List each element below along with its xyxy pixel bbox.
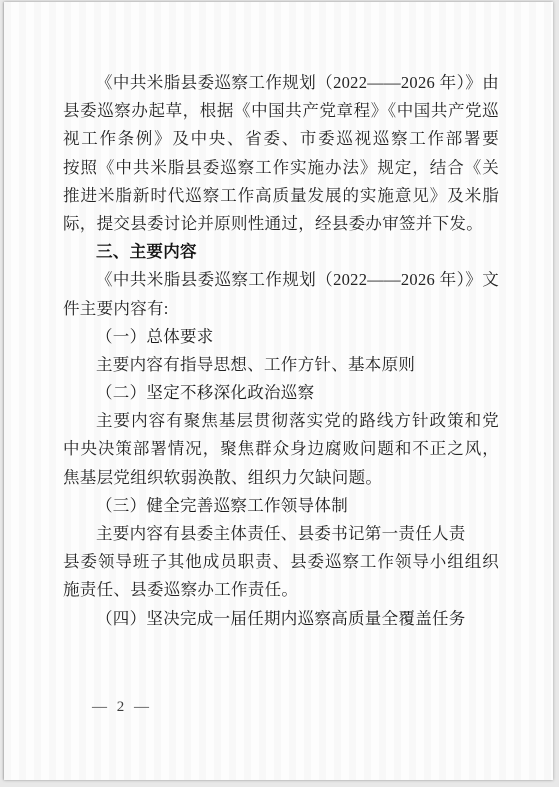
- document-line: （三）健全完善巡察工作领导体制: [63, 492, 499, 520]
- document-line: 《中共米脂县委巡察工作规划（2022——2026 年）》由: [63, 69, 499, 97]
- document-line: （一）总体要求: [63, 323, 499, 351]
- document-line: 视工作条例》及中央、省委、市委巡视巡察工作部署要求，: [63, 125, 499, 153]
- document-line: （二）坚定不移深化政治巡察: [63, 379, 499, 407]
- page-number: — 2 —: [92, 699, 152, 716]
- document-line: （四）坚决完成一届任期内巡察高质量全覆盖任务: [63, 605, 499, 633]
- document-line: 县委巡察办起草，根据《中国共产党章程》《中国共产党巡: [63, 97, 499, 125]
- document-line: 推进米脂新时代巡察工作高质量发展的实施意见》及米脂实: [63, 182, 499, 210]
- document-body: 《中共米脂县委巡察工作规划（2022——2026 年）》由县委巡察办起草，根据《…: [63, 69, 499, 633]
- document-line: 主要内容有聚焦基层贯彻落实党的路线方针政策和党: [63, 407, 499, 435]
- document-line: 三、主要内容: [63, 238, 499, 266]
- document-line: 《中共米脂县委巡察工作规划（2022——2026 年）》文: [63, 266, 499, 294]
- document-line: 按照《中共米脂县委巡察工作实施办法》规定，结合《关于: [63, 154, 499, 182]
- document-line: 焦基层党组织软弱涣散、组织力欠缺问题。: [63, 464, 499, 492]
- document-line: 县委领导班子其他成员职责、县委巡察工作领导小组组织实: [63, 548, 499, 576]
- document-page: 《中共米脂县委巡察工作规划（2022——2026 年）》由县委巡察办起草，根据《…: [4, 2, 553, 780]
- document-line: 主要内容有县委主体责任、县委书记第一责任人责任、: [63, 520, 499, 548]
- document-line: 际，提交县委讨论并原则性通过，经县委办审签并下发。: [63, 210, 499, 238]
- document-line: 件主要内容有:: [63, 295, 499, 323]
- document-line: 中央决策部署情况，聚焦群众身边腐败问题和不正之风，聚: [63, 435, 499, 463]
- document-line: 施责任、县委巡察办工作责任。: [63, 576, 499, 604]
- document-line: 主要内容有指导思想、工作方针、基本原则: [63, 351, 499, 379]
